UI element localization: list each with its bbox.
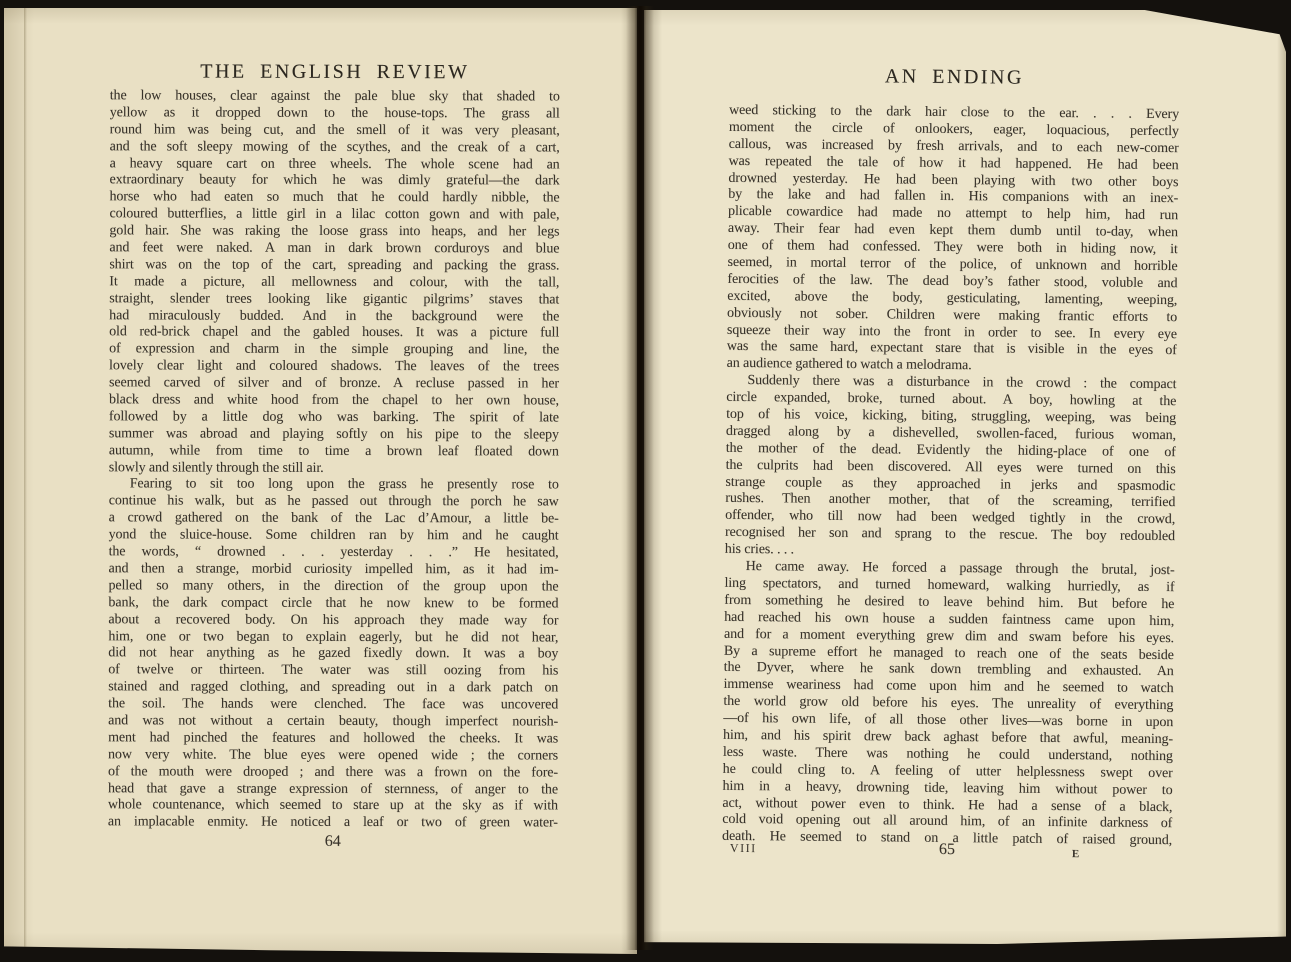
page-left: THE ENGLISH REVIEW the low houses, clear…	[4, 8, 637, 954]
text-line: of expression and charm in the simple gr…	[109, 342, 559, 360]
text-line: black dress and white hood from the chap…	[109, 392, 559, 410]
text-line: old red-brick chapel and the gabled hous…	[109, 325, 559, 343]
text-line: extraordinary beauty for which he was di…	[110, 173, 560, 191]
text-line: head that gave a strange expression of s…	[108, 781, 558, 799]
text-line: and feet were naked. A man in dark brown…	[109, 240, 559, 258]
press-mark: E	[1072, 848, 1079, 860]
text-line: and was not without a certain beauty, th…	[108, 713, 558, 731]
right-text-block: weed sticking to the dark hair close to …	[722, 103, 1179, 850]
text-line: the low houses, clear against the pale b…	[110, 88, 560, 106]
text-line: had miraculously budded. And in the back…	[109, 308, 559, 326]
text-line: pelled so many others, in the direction …	[108, 578, 558, 596]
text-line: yond the sluice-house. Some children ran…	[109, 527, 559, 545]
text-line: coloured butterflies, a little girl in a…	[109, 207, 559, 225]
text-line: a heavy square cart on three wheels. The…	[110, 156, 560, 174]
text-line: an implacable enmity. He noticed a leaf …	[108, 815, 558, 833]
text-line: whole countenance, which seemed to stare…	[108, 798, 558, 816]
text-line: bank, the dark compact circle that he no…	[108, 595, 558, 613]
text-line: summer was abroad and playing softly on …	[109, 426, 559, 444]
text-line: did not hear anything as he gazed fixedl…	[108, 646, 558, 664]
book-scan: THE ENGLISH REVIEW the low houses, clear…	[0, 0, 1291, 962]
text-line: him, one or two began to explain eagerly…	[108, 629, 558, 647]
text-line: ment had pinched the features and hollow…	[108, 730, 558, 748]
text-line: slowly and silently through the still ai…	[109, 460, 559, 478]
text-line: lovely clear light and coloured shadows.…	[109, 359, 559, 377]
text-line: and the soft sleepy mowing of the scythe…	[110, 139, 560, 157]
text-line: the words, “ drowned . . . yesterday . .…	[109, 544, 559, 562]
text-line: Fearing to sit too long upon the grass h…	[109, 477, 559, 495]
text-line: shirt was on the top of the cart, spread…	[109, 257, 559, 275]
text-line: stained and ragged clothing, and spreadi…	[108, 679, 558, 697]
text-line: now very white. The blue eyes were opene…	[108, 747, 558, 765]
text-line: about a recovered body. On his approach …	[108, 612, 558, 630]
text-line: and then a strange, morbid curiosity imp…	[109, 561, 559, 579]
page-right: AN ENDING weed sticking to the dark hair…	[644, 10, 1286, 944]
running-head-right: AN ENDING	[729, 64, 1179, 91]
text-line: of the mouth were drooped ; and there wa…	[108, 764, 558, 782]
page-number-left: 64	[108, 832, 558, 851]
left-text-block: the low houses, clear against the pale b…	[108, 88, 560, 832]
text-line: It made a picture, all mellowness and co…	[109, 274, 559, 292]
text-line: continue his walk, but as he passed out …	[109, 494, 559, 512]
text-line: straight, slender trees looking like gig…	[109, 291, 559, 309]
text-line: gold hair. She was raking the loose gras…	[109, 223, 559, 241]
running-head-left: THE ENGLISH REVIEW	[110, 60, 560, 84]
page-number-right: 65	[722, 839, 1172, 861]
text-line: seemed carved of silver and of bronze. A…	[109, 375, 559, 393]
text-line: horse who had eaten so much that he coul…	[109, 190, 559, 208]
text-line: a crowd gathered on the bank of the Lac …	[109, 511, 559, 529]
text-line: yellow as it dropped down to the house-t…	[110, 105, 560, 123]
text-line: round him was being cut, and the smell o…	[110, 122, 560, 140]
text-line: of twelve or thirteen. The water was sti…	[108, 663, 558, 681]
text-line: followed by a little dog who was barking…	[109, 409, 559, 427]
text-line: autumn, while from time to time a brown …	[109, 443, 559, 461]
text-line: the soil. The hands were clenched. The f…	[108, 696, 558, 714]
